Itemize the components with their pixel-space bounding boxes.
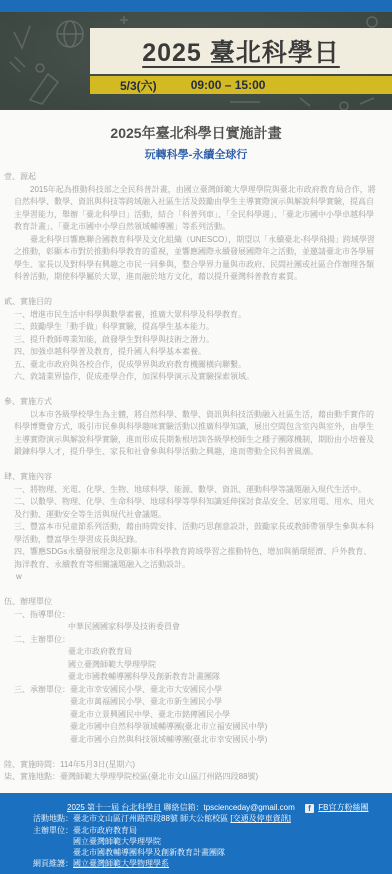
unit-line: 臺北市萬福國民小學、臺北市新生國民小學 bbox=[70, 696, 378, 709]
unit-label: 一、指導單位： bbox=[14, 609, 378, 622]
footer-line-maintain: 網頁維護：國立臺灣師範大學物理學系 bbox=[33, 858, 386, 869]
banner-title-box: 2025 臺北科學日 bbox=[90, 28, 392, 74]
method-paragraph: 以本市各級學校學生為主體，將自然科學、數學、資訊與科技活動融入社區生活，藉由動手… bbox=[14, 409, 378, 459]
origin-paragraph-1: 2015年起為推動科技部之全民科普計畫，由國立臺灣師範大學理學院與臺北市政府教育… bbox=[14, 184, 378, 234]
section-time-line: 陸、實施時間：114年5月3日(星期六) bbox=[4, 759, 378, 772]
section-heading-origin: 壹、源起 bbox=[4, 171, 378, 184]
footer-organizer: 臺北市國教輔導團科學及創新教育計畫團隊 bbox=[33, 847, 386, 858]
unit-line: 國立臺灣師範大學理學院 bbox=[14, 659, 378, 672]
list-item: 三、提升教師專業知能，啟發學生對科學與技術之潛力。 bbox=[14, 334, 378, 347]
list-item: 三、豐富本市兒童節系列活動，藉由時間安排、活動巧思創意設計，鼓勵家長或教師帶領學… bbox=[14, 521, 378, 546]
page-footer: 2025 第十一屆 台北科學日 聯絡信箱：tpscienceday@gmail.… bbox=[0, 793, 392, 874]
unit-line: 中華民國國家科學及技術委員會 bbox=[14, 621, 378, 634]
unit-group-advisor: 一、指導單位： 中華民國國家科學及技術委員會 bbox=[14, 609, 378, 634]
unit-label: 二、主辦單位： bbox=[14, 634, 378, 647]
section-heading-purpose: 貳、實施目的 bbox=[4, 296, 378, 309]
implementation-plan-document: 2025年臺北科學日實施計畫 玩轉科學-永續全球行 壹、源起 2015年起為推動… bbox=[0, 110, 392, 834]
list-item: 五、臺北市政府與各校合作，促成學界與政府教育機關橫向聯繫。 bbox=[14, 359, 378, 372]
document-subtitle: 玩轉科學-永續全球行 bbox=[14, 148, 378, 162]
unit-line: 臺北市國教輔導團科學及創新教育計畫團隊 bbox=[14, 671, 378, 684]
origin-paragraph-2: 臺北科學日響應聯合國教育科學及文化組織（UNESCO），期望以「永續臺北-科學飛… bbox=[14, 234, 378, 284]
unit-label: 三、承辦單位： bbox=[14, 684, 70, 747]
science-day-page: 2025 臺北科學日 5/3(六) 09:00 – 15:00 2025年臺北科… bbox=[0, 0, 392, 874]
unit-line: 臺北市立景興國民中學、臺北市銘傳國民小學 bbox=[70, 709, 378, 722]
footer-line-organizer: 主辦單位：臺北市政府教育局 bbox=[33, 825, 386, 836]
footer-location-label: 活動地點： bbox=[33, 814, 73, 823]
unit-group-executor: 三、承辦單位： 臺北市幸安國民小學、臺北市大安國民小學 臺北市萬福國民小學、臺北… bbox=[14, 684, 378, 747]
footer-location: 臺北市文山區汀州路四段88號 師大公館校區 bbox=[73, 814, 228, 823]
section-heading-content: 肆、實施內容 bbox=[4, 471, 378, 484]
footer-organizer-label: 主辦單位： bbox=[33, 826, 73, 835]
footer-line-contact: 2025 第十一屆 台北科學日 聯絡信箱：tpscienceday@gmail.… bbox=[67, 802, 386, 813]
section-heading-organizations: 伍、辦理單位 bbox=[4, 596, 378, 609]
footer-contact-label: 聯絡信箱： bbox=[163, 803, 203, 812]
footer-maintain-link[interactable]: 國立臺灣師範大學物理學系 bbox=[73, 859, 169, 868]
footer-maintain-label: 網頁維護： bbox=[33, 859, 73, 868]
footer-traffic-link[interactable]: [交通及停車資訊] bbox=[230, 814, 290, 823]
event-time: 09:00 – 15:00 bbox=[191, 78, 266, 92]
footer-fb-link[interactable]: FB官方粉絲團 bbox=[318, 803, 368, 812]
list-item: 一、增進市民生活中科學與數學素養，推廣大眾科學及科學教育。 bbox=[14, 309, 378, 322]
footer-event-link[interactable]: 2025 第十一屆 台北科學日 bbox=[67, 803, 161, 812]
unit-line: 臺北市幸安國民小學、臺北市大安國民小學 bbox=[70, 684, 378, 697]
list-item: 六、敦請業界協作，促成產學合作，加深科學演示及實驗探索領域。 bbox=[14, 371, 378, 384]
footer-organizer: 國立臺灣師範大學理學院 bbox=[33, 836, 386, 847]
footer-organizer: 臺北市政府教育局 bbox=[73, 826, 137, 835]
unit-line: 臺北市國中自然科學領域輔導團(臺北市立福安國民中學) bbox=[70, 721, 378, 734]
top-blue-bar bbox=[0, 0, 392, 12]
stray-w-text: w bbox=[14, 571, 378, 584]
list-item: 四、響應SDGs永續發展理念及彰顯本市科學教育跨域學習之推動特色，增加與循環經濟… bbox=[14, 546, 378, 571]
section-place-line: 柒、實施地點：臺灣師範大學理學院校區(臺北市文山區汀州路四段88號) bbox=[4, 771, 378, 784]
document-title: 2025年臺北科學日實施計畫 bbox=[14, 124, 378, 142]
unit-line: 臺北市政府教育局 bbox=[14, 646, 378, 659]
section-heading-method: 參、實施方式 bbox=[4, 396, 378, 409]
facebook-icon[interactable]: f bbox=[305, 804, 314, 813]
list-item: 四、加強卓越科學普及教育，提升國人科學基本素養。 bbox=[14, 346, 378, 359]
list-item: 一、將物理、光電、化學、生物、地球科學、能源、數學、資訊、運動科學等議題融入現代… bbox=[14, 484, 378, 497]
footer-line-location: 活動地點：臺北市文山區汀州路四段88號 師大公館校區 [交通及停車資訊] bbox=[33, 813, 386, 824]
list-item: 二、以數學、物理、化學、生命科學、地球科學等學科知識延伸探討食品安全、居家用電、… bbox=[14, 496, 378, 521]
event-date: 5/3(六) bbox=[120, 77, 157, 94]
footer-email[interactable]: tpscienceday@gmail.com bbox=[203, 803, 294, 812]
event-banner: 2025 臺北科學日 5/3(六) 09:00 – 15:00 bbox=[0, 12, 392, 110]
unit-group-host: 二、主辦單位： 臺北市政府教育局 國立臺灣師範大學理學院 臺北市國教輔導團科學及… bbox=[14, 634, 378, 684]
unit-line: 臺北市國小自然與科技領域輔導團(臺北市幸安國民小學) bbox=[70, 734, 378, 747]
event-date-bar: 5/3(六) 09:00 – 15:00 bbox=[90, 76, 392, 94]
list-item: 二、鼓勵學生「動手做」科學實驗，提高學生基本能力。 bbox=[14, 321, 378, 334]
banner-title: 2025 臺北科學日 bbox=[142, 33, 340, 69]
